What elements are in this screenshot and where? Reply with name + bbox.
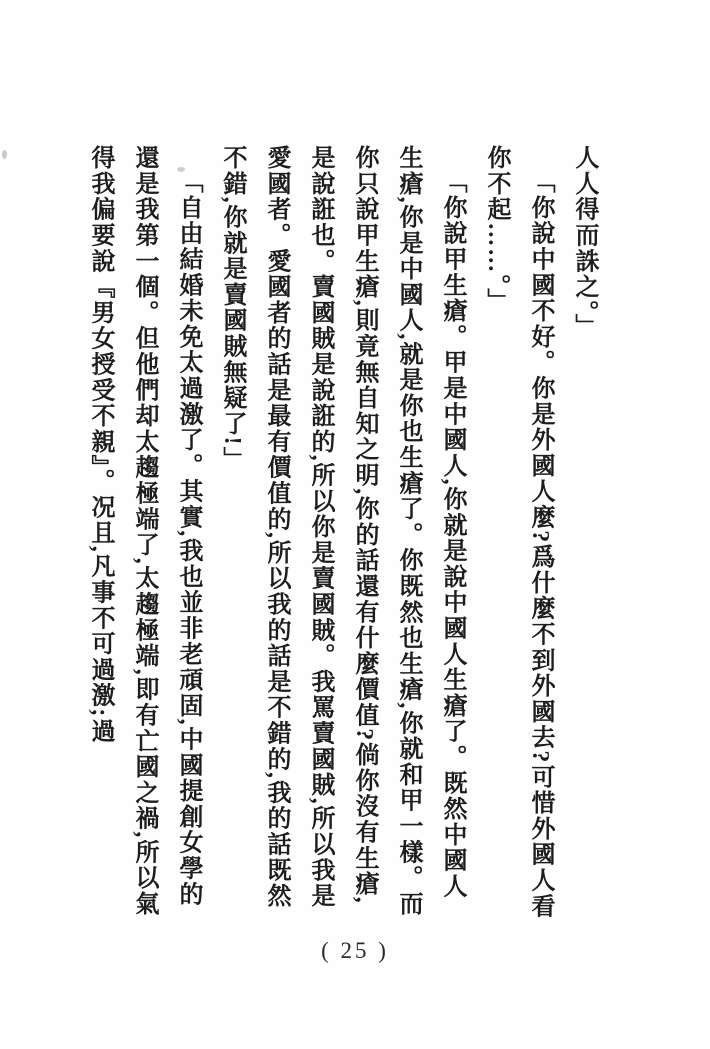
paragraph-quote-1: 「你說中國不好。你是外國人麼?爲什麼不到外國去?可惜外國人看你不起……。」 xyxy=(474,145,562,920)
scan-speck xyxy=(2,150,7,159)
paragraph-quote-3: 「自由結婚未免太過激了。其實,我也並非老頑固,中國提創女學的還是我第一個。但他們… xyxy=(78,145,210,920)
paragraph-quote-2: 「你說甲生瘡。甲是中國人,你就是說中國人生瘡了。既然中國人生瘡,你是中國人,就是… xyxy=(210,145,474,920)
vertical-text-block: 人人得而誅之。」 「你說中國不好。你是外國人麼?爲什麼不到外國去?可惜外國人看你… xyxy=(76,145,606,920)
page-number: ( 25 ) xyxy=(0,938,710,964)
paragraph-continuation: 人人得而誅之。」 xyxy=(562,145,606,920)
book-page: 人人得而誅之。」 「你說中國不好。你是外國人麼?爲什麼不到外國去?可惜外國人看你… xyxy=(0,0,710,1049)
